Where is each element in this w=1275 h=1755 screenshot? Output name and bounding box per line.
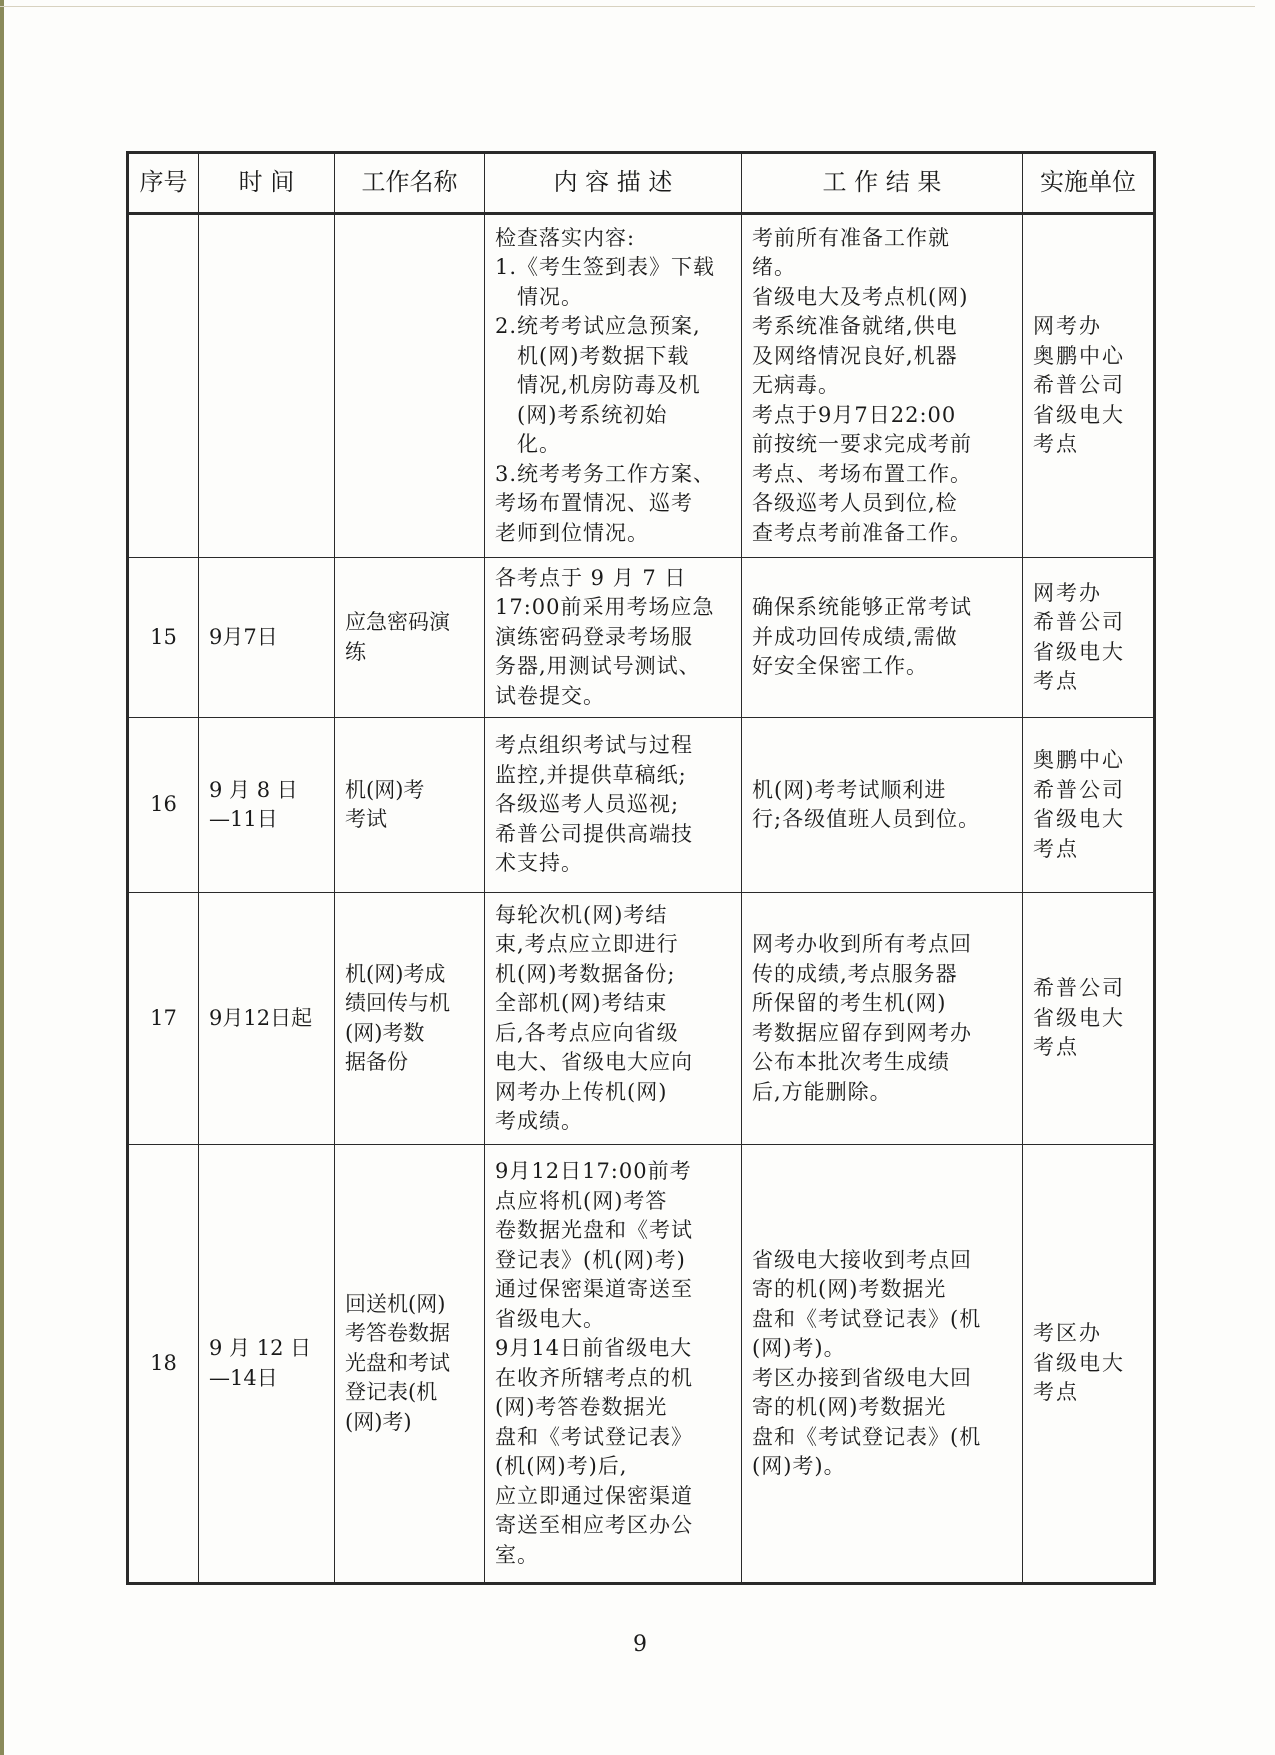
cell-time: 9 月 12 日 —14日 bbox=[199, 1145, 335, 1584]
scan-top-rule bbox=[0, 6, 1255, 7]
desc-line: 点应将机(网)考答 bbox=[495, 1187, 731, 1217]
time-line: 9 月 8 日 bbox=[209, 776, 324, 806]
cell-unit: 网考办 希普公司 省级电大 考点 bbox=[1023, 558, 1155, 718]
header-name: 工作名称 bbox=[335, 153, 485, 214]
result-line: (网)考)。 bbox=[752, 1452, 1012, 1482]
unit-line: 希普公司 bbox=[1033, 608, 1143, 638]
result-line: 考前所有准备工作就 bbox=[752, 224, 1012, 254]
header-no: 序号 bbox=[128, 153, 199, 214]
desc-line: 在收齐所辖考点的机 bbox=[495, 1364, 731, 1394]
name-line: 据备份 bbox=[345, 1048, 474, 1078]
time-line: 9月12日起 bbox=[209, 1004, 324, 1034]
result-line: 好安全保密工作。 bbox=[752, 652, 1012, 682]
desc-line: 每轮次机(网)考结 bbox=[495, 901, 731, 931]
cell-name: 机(网)考成 绩回传与机 (网)考数 据备份 bbox=[335, 893, 485, 1145]
cell-desc: 检查落实内容: 1.《考生签到表》下载 情况。 2.统考考试应急预案, 机(网)… bbox=[485, 214, 742, 558]
desc-line: 电大、省级电大应向 bbox=[495, 1048, 731, 1078]
unit-line: 考区办 bbox=[1033, 1319, 1143, 1349]
scan-edge bbox=[0, 0, 4, 1755]
unit-line: 考点 bbox=[1033, 430, 1143, 460]
result-line: 前按统一要求完成考前 bbox=[752, 430, 1012, 460]
desc-line: 术支持。 bbox=[495, 849, 731, 879]
cell-time bbox=[199, 214, 335, 558]
unit-line: 考点 bbox=[1033, 835, 1143, 865]
name-line: 机(网)考成 bbox=[345, 960, 474, 990]
desc-line: 情况。 bbox=[495, 283, 731, 313]
unit-line: 考点 bbox=[1033, 1378, 1143, 1408]
time-line: 9 月 12 日 bbox=[209, 1334, 324, 1364]
result-line: 考区办接到省级电大回 bbox=[752, 1364, 1012, 1394]
name-line: 绩回传与机 bbox=[345, 989, 474, 1019]
desc-line: 各考点于 9 月 7 日 bbox=[495, 564, 731, 594]
time-line: 9月7日 bbox=[209, 623, 324, 653]
header-time: 时 间 bbox=[199, 153, 335, 214]
result-line: 机(网)考考试顺利进 bbox=[752, 776, 1012, 806]
desc-line: 情况,机房防毒及机 bbox=[495, 371, 731, 401]
result-line: 省级电大接收到考点回 bbox=[752, 1246, 1012, 1276]
page-number: 9 bbox=[628, 1632, 652, 1657]
table-row: 17 9月12日起 机(网)考成 绩回传与机 (网)考数 据备份 每轮次机(网)… bbox=[128, 893, 1155, 1145]
cell-result: 确保系统能够正常考试 并成功回传成绩,需做 好安全保密工作。 bbox=[742, 558, 1023, 718]
name-line: 应急密码演 bbox=[345, 608, 474, 638]
desc-line: 化。 bbox=[495, 430, 731, 460]
result-line: 及网络情况良好,机器 bbox=[752, 342, 1012, 372]
cell-time: 9月7日 bbox=[199, 558, 335, 718]
result-line: 行;各级值班人员到位。 bbox=[752, 805, 1012, 835]
desc-line: 各级巡考人员巡视; bbox=[495, 790, 731, 820]
result-line: 并成功回传成绩,需做 bbox=[752, 623, 1012, 653]
cell-desc: 考点组织考试与过程 监控,并提供草稿纸; 各级巡考人员巡视; 希普公司提供高端技… bbox=[485, 718, 742, 893]
cell-no: 18 bbox=[128, 1145, 199, 1584]
result-line: 确保系统能够正常考试 bbox=[752, 593, 1012, 623]
result-line: 无病毒。 bbox=[752, 371, 1012, 401]
desc-line: 机(网)考数据下载 bbox=[495, 342, 731, 372]
unit-line: 网考办 bbox=[1033, 579, 1143, 609]
unit-line: 奥鹏中心 bbox=[1033, 746, 1143, 776]
desc-line: 3.统考考务工作方案、 bbox=[495, 460, 731, 490]
result-line: 绪。 bbox=[752, 253, 1012, 283]
cell-unit: 希普公司 省级电大 考点 bbox=[1023, 893, 1155, 1145]
unit-line: 省级电大 bbox=[1033, 1349, 1143, 1379]
desc-line: 务器,用测试号测试、 bbox=[495, 652, 731, 682]
desc-line: (机(网)考)后, bbox=[495, 1452, 731, 1482]
result-line: 各级巡考人员到位,检 bbox=[752, 489, 1012, 519]
desc-line: 考点组织考试与过程 bbox=[495, 731, 731, 761]
cell-result: 考前所有准备工作就 绪。 省级电大及考点机(网) 考系统准备就绪,供电 及网络情… bbox=[742, 214, 1023, 558]
header-unit: 实施单位 bbox=[1023, 153, 1155, 214]
desc-line: 希普公司提供高端技 bbox=[495, 820, 731, 850]
result-line: 寄的机(网)考数据光 bbox=[752, 1275, 1012, 1305]
time-line: —14日 bbox=[209, 1364, 324, 1394]
cell-unit: 考区办 省级电大 考点 bbox=[1023, 1145, 1155, 1584]
name-line: 回送机(网) bbox=[345, 1290, 474, 1320]
cell-name bbox=[335, 214, 485, 558]
desc-line: 束,考点应立即进行 bbox=[495, 930, 731, 960]
table-row: 检查落实内容: 1.《考生签到表》下载 情况。 2.统考考试应急预案, 机(网)… bbox=[128, 214, 1155, 558]
result-line: 查考点考前准备工作。 bbox=[752, 519, 1012, 549]
desc-line: 9月12日17:00前考 bbox=[495, 1157, 731, 1187]
desc-line: 试卷提交。 bbox=[495, 682, 731, 712]
cell-name: 回送机(网) 考答卷数据 光盘和考试 登记表(机 (网)考) bbox=[335, 1145, 485, 1584]
desc-line: 省级电大。 bbox=[495, 1305, 731, 1335]
unit-line: 希普公司 bbox=[1033, 974, 1143, 1004]
result-line: 后,方能删除。 bbox=[752, 1078, 1012, 1108]
name-line: 练 bbox=[345, 638, 474, 668]
cell-no: 17 bbox=[128, 893, 199, 1145]
cell-name: 机(网)考 考试 bbox=[335, 718, 485, 893]
desc-line: 全部机(网)考结束 bbox=[495, 989, 731, 1019]
name-line: 登记表(机 bbox=[345, 1378, 474, 1408]
name-line: 光盘和考试 bbox=[345, 1349, 474, 1379]
cell-no: 16 bbox=[128, 718, 199, 893]
cell-desc: 9月12日17:00前考 点应将机(网)考答 卷数据光盘和《考试 登记表》(机(… bbox=[485, 1145, 742, 1584]
desc-line: (网)考答卷数据光 bbox=[495, 1393, 731, 1423]
result-line: (网)考)。 bbox=[752, 1334, 1012, 1364]
cell-unit: 网考办 奥鹏中心 希普公司 省级电大 考点 bbox=[1023, 214, 1155, 558]
cell-no bbox=[128, 214, 199, 558]
exam-schedule-table: 序号 时 间 工作名称 内 容 描 述 工 作 结 果 实施单位 检查落实内容:… bbox=[126, 151, 1156, 1585]
cell-unit: 奥鹏中心 希普公司 省级电大 考点 bbox=[1023, 718, 1155, 893]
unit-line: 考点 bbox=[1033, 1033, 1143, 1063]
desc-line: 寄送至相应考区办公 bbox=[495, 1511, 731, 1541]
result-line: 省级电大及考点机(网) bbox=[752, 283, 1012, 313]
header-desc: 内 容 描 述 bbox=[485, 153, 742, 214]
cell-desc: 各考点于 9 月 7 日 17:00前采用考场应急 演练密码登录考场服 务器,用… bbox=[485, 558, 742, 718]
cell-result: 机(网)考考试顺利进 行;各级值班人员到位。 bbox=[742, 718, 1023, 893]
desc-line: 考成绩。 bbox=[495, 1107, 731, 1137]
desc-line: 机(网)考数据备份; bbox=[495, 960, 731, 990]
unit-line: 奥鹏中心 bbox=[1033, 342, 1143, 372]
time-line: —11日 bbox=[209, 805, 324, 835]
desc-line: 2.统考考试应急预案, bbox=[495, 312, 731, 342]
desc-line: 应立即通过保密渠道 bbox=[495, 1482, 731, 1512]
desc-line: (网)考系统初始 bbox=[495, 401, 731, 431]
table-header-row: 序号 时 间 工作名称 内 容 描 述 工 作 结 果 实施单位 bbox=[128, 153, 1155, 214]
result-line: 考系统准备就绪,供电 bbox=[752, 312, 1012, 342]
name-line: 考答卷数据 bbox=[345, 1319, 474, 1349]
desc-line: 盘和《考试登记表》 bbox=[495, 1423, 731, 1453]
cell-desc: 每轮次机(网)考结 束,考点应立即进行 机(网)考数据备份; 全部机(网)考结束… bbox=[485, 893, 742, 1145]
desc-line: 网考办上传机(网) bbox=[495, 1078, 731, 1108]
desc-line: 演练密码登录考场服 bbox=[495, 623, 731, 653]
desc-line: 考场布置情况、巡考 bbox=[495, 489, 731, 519]
unit-line: 考点 bbox=[1033, 667, 1143, 697]
result-line: 寄的机(网)考数据光 bbox=[752, 1393, 1012, 1423]
result-line: 传的成绩,考点服务器 bbox=[752, 960, 1012, 990]
name-line: 机(网)考 bbox=[345, 776, 474, 806]
result-line: 考点于9月7日22:00 bbox=[752, 401, 1012, 431]
name-line: 考试 bbox=[345, 805, 474, 835]
desc-line: 1.《考生签到表》下载 bbox=[495, 253, 731, 283]
table-row: 15 9月7日 应急密码演 练 各考点于 9 月 7 日 17:00前采用考场应… bbox=[128, 558, 1155, 718]
result-line: 网考办收到所有考点回 bbox=[752, 930, 1012, 960]
table-row: 18 9 月 12 日 —14日 回送机(网) 考答卷数据 光盘和考试 登记表(… bbox=[128, 1145, 1155, 1584]
table-row: 16 9 月 8 日 —11日 机(网)考 考试 考点组织考试与过程 监控,并提… bbox=[128, 718, 1155, 893]
desc-line: 老师到位情况。 bbox=[495, 519, 731, 549]
unit-line: 省级电大 bbox=[1033, 1004, 1143, 1034]
result-line: 考点、考场布置工作。 bbox=[752, 460, 1012, 490]
cell-result: 网考办收到所有考点回 传的成绩,考点服务器 所保留的考生机(网) 考数据应留存到… bbox=[742, 893, 1023, 1145]
cell-no: 15 bbox=[128, 558, 199, 718]
desc-line: 卷数据光盘和《考试 bbox=[495, 1216, 731, 1246]
desc-line: 室。 bbox=[495, 1541, 731, 1571]
desc-line: 监控,并提供草稿纸; bbox=[495, 761, 731, 791]
unit-line: 省级电大 bbox=[1033, 638, 1143, 668]
cell-name: 应急密码演 练 bbox=[335, 558, 485, 718]
desc-line: 通过保密渠道寄送至 bbox=[495, 1275, 731, 1305]
cell-result: 省级电大接收到考点回 寄的机(网)考数据光 盘和《考试登记表》(机 (网)考)。… bbox=[742, 1145, 1023, 1584]
name-line: (网)考数 bbox=[345, 1019, 474, 1049]
result-line: 盘和《考试登记表》(机 bbox=[752, 1305, 1012, 1335]
desc-line: 17:00前采用考场应急 bbox=[495, 593, 731, 623]
unit-line: 希普公司 bbox=[1033, 776, 1143, 806]
desc-line: 后,各考点应向省级 bbox=[495, 1019, 731, 1049]
desc-line: 登记表》(机(网)考) bbox=[495, 1246, 731, 1276]
cell-time: 9月12日起 bbox=[199, 893, 335, 1145]
result-line: 考数据应留存到网考办 bbox=[752, 1019, 1012, 1049]
unit-line: 省级电大 bbox=[1033, 805, 1143, 835]
desc-line: 9月14日前省级电大 bbox=[495, 1334, 731, 1364]
header-result: 工 作 结 果 bbox=[742, 153, 1023, 214]
desc-line: 检查落实内容: bbox=[495, 224, 731, 254]
result-line: 公布本批次考生成绩 bbox=[752, 1048, 1012, 1078]
unit-line: 网考办 bbox=[1033, 312, 1143, 342]
result-line: 盘和《考试登记表》(机 bbox=[752, 1423, 1012, 1453]
name-line: (网)考) bbox=[345, 1408, 474, 1438]
unit-line: 希普公司 bbox=[1033, 371, 1143, 401]
unit-line: 省级电大 bbox=[1033, 401, 1143, 431]
cell-time: 9 月 8 日 —11日 bbox=[199, 718, 335, 893]
result-line: 所保留的考生机(网) bbox=[752, 989, 1012, 1019]
